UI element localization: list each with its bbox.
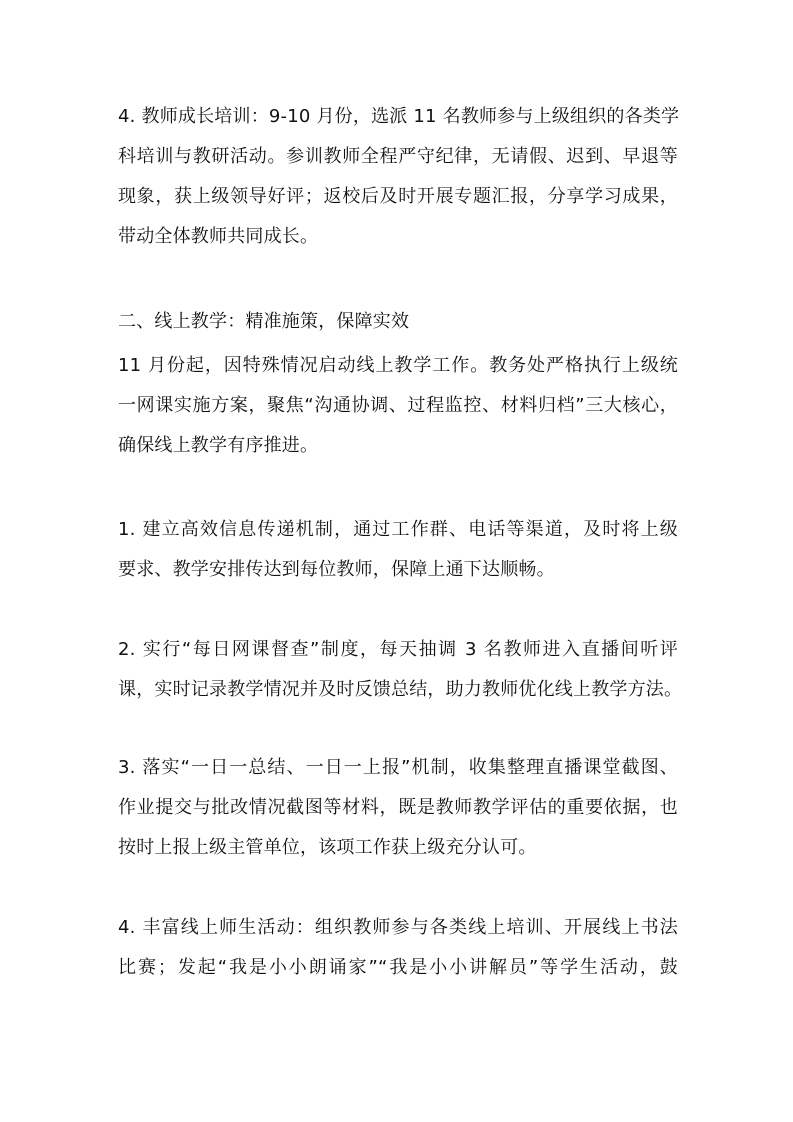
text-line: 课，实时记录教学情况并及时反馈总结，助力教师优化线上教学方法。 [118,678,678,702]
text-line: 一网课实施方案，聚焦“沟通协调、过程监控、材料归档”三大核心， [118,394,678,418]
section-heading: 二、线上教学：精准施策，保障实效 [118,310,678,334]
text-line: 2. 实行“每日网课督查”制度，每天抽调 3 名教师进入直播间听评 [118,638,678,662]
text-line: 确保线上教学有序推进。 [118,434,678,458]
text-line: 按时上报上级主管单位，该项工作获上级充分认可。 [118,836,678,860]
text-line: 要求、教学安排传达到每位教师，保障上通下达顺畅。 [118,558,678,582]
text-line: 现象，获上级领导好评；返校后及时开展专题汇报，分享学习成果， [118,185,678,209]
text-line: 带动全体教师共同成长。 [118,225,678,249]
text-line: 3. 落实“一日一总结、一日一上报”机制，收集整理直播课堂截图、 [118,756,678,780]
text-line: 11 月份起，因特殊情况启动线上教学工作。教务处严格执行上级统 [118,354,678,378]
text-line: 作业提交与批改情况截图等材料，既是教师教学评估的重要依据，也 [118,796,678,820]
text-line: 4. 丰富线上师生活动：组织教师参与各类线上培训、开展线上书法 [118,916,678,940]
text-line: 1. 建立高效信息传递机制，通过工作群、电话等渠道，及时将上级 [118,518,678,542]
text-line: 4. 教师成长培训：9-10 月份，选派 11 名教师参与上级组织的各类学 [118,105,678,129]
text-line: 科培训与教研活动。参训教师全程严守纪律，无请假、迟到、早退等 [118,145,678,169]
text-line: 比赛；发起“我是小小朗诵家”“我是小小讲解员”等学生活动，鼓 [118,956,678,980]
